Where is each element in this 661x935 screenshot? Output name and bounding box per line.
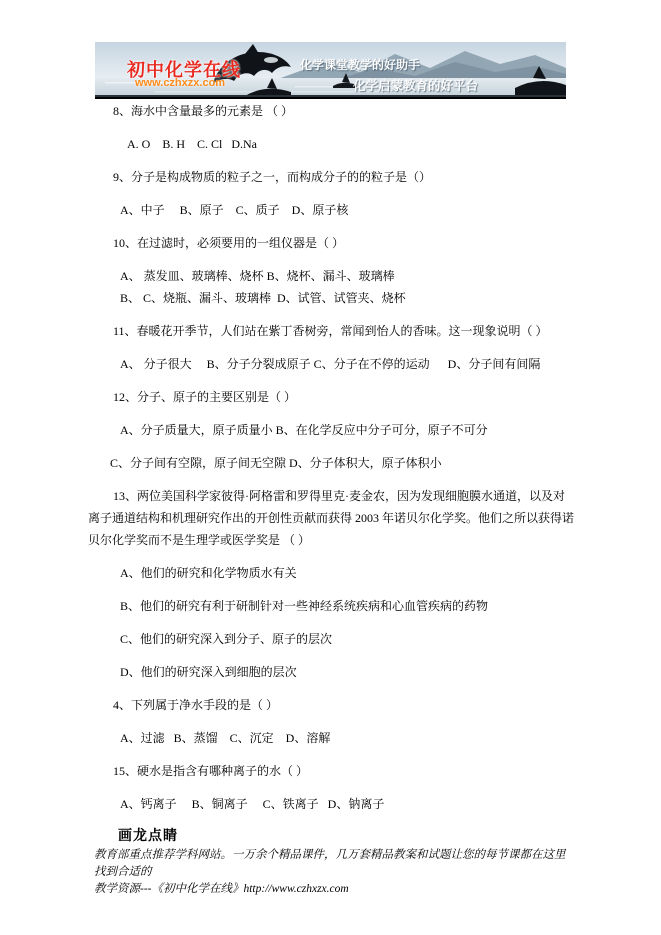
question-stem: 15、硬水是指含有哪种离子的水（ ） xyxy=(88,760,574,782)
question-options-line: A、钙离子 B、铜离子 C、铁离子 D、钠离子 xyxy=(120,793,574,815)
question-options-line: A、中子 B、原子 C、质子 D、原子核 xyxy=(120,199,574,221)
question-stem: 9、分子是构成物质的粒子之一，而构成分子的的粒子是（） xyxy=(88,166,574,188)
question-options-line: B、 C、烧瓶、漏斗、玻璃棒 D、试管、试管夹、烧杯 xyxy=(120,287,574,309)
question-stem: 4、下列属于净水手段的是（ ） xyxy=(88,694,574,716)
question-block-13: 13、两位美国科学家彼得·阿格雷和罗得里克·麦金农，因为发现细胞膜水通道，以及对… xyxy=(88,485,574,683)
footer-heading: 画龙点睛 xyxy=(118,826,574,844)
banner-slogan-2: 化学启蒙教育的好平台 xyxy=(353,76,478,94)
site-url: www.czhxzx.com xyxy=(135,77,225,89)
question-options-line: A、他们的研究和化学物质水有关 xyxy=(120,562,574,584)
footer-promo: 画龙点睛 教育部重点推荐学科网站。一万余个精品课件，几万套精品教案和试题让您的每… xyxy=(88,826,574,898)
question-stem: 11、春暖花开季节，人们站在紫丁香树旁，常闻到怡人的香味。这一现象说明（ ） xyxy=(88,320,574,342)
question-block-8: 8、海水中含量最多的元素是 （ ） A. O B. H C. Cl D.Na xyxy=(88,100,574,155)
question-stem: 13、两位美国科学家彼得·阿格雷和罗得里克·麦金农，因为发现细胞膜水通道，以及对… xyxy=(88,485,574,551)
worksheet-body: 8、海水中含量最多的元素是 （ ） A. O B. H C. Cl D.Na 9… xyxy=(88,100,574,898)
question-options-line: A、过滤 B、蒸馏 C、沉定 D、溶解 xyxy=(120,727,574,749)
question-options-line: A. O B. H C. Cl D.Na xyxy=(127,133,574,155)
question-options-line: A、分子质量大，原子质量小 B、在化学反应中分子可分，原子不可分 xyxy=(120,419,574,441)
question-options-line: D、他们的研究深入到细胞的层次 xyxy=(120,661,574,683)
question-stem: 8、海水中含量最多的元素是 （ ） xyxy=(88,100,574,122)
question-options-line: C、他们的研究深入到分子、原子的层次 xyxy=(120,628,574,650)
question-block-15: 15、硬水是指含有哪种离子的水（ ） A、钙离子 B、铜离子 C、铁离子 D、钠… xyxy=(88,760,574,815)
question-block-11: 11、春暖花开季节，人们站在紫丁香树旁，常闻到怡人的香味。这一现象说明（ ） A… xyxy=(88,320,574,375)
question-options-line: A、 分子很大 B、分子分裂成原子 C、分子在不停的运动 D、分子间有间隔 xyxy=(120,353,574,375)
question-options-line: B、他们的研究有利于研制针对一些神经系统疾病和心血管疾病的药物 xyxy=(120,595,574,617)
question-stem: 12、分子、原子的主要区别是（ ） xyxy=(88,386,574,408)
footer-text-line: 教育部重点推荐学科网站。一万余个精品课件，几万套精品教案和试题让您的每节课都在这… xyxy=(94,847,574,881)
footer-text-line: 教学资源---《初中化学在线》http://www.czhxzx.com xyxy=(94,881,574,898)
banner-slogan-1: 化学课堂教学的好助手 xyxy=(300,56,420,73)
question-stem: 10、在过滤时，必须要用的一组仪器是（ ） xyxy=(88,232,574,254)
question-block-10: 10、在过滤时，必须要用的一组仪器是（ ） A、 蒸发皿、玻璃棒、烧杯 B、烧杯… xyxy=(88,232,574,309)
question-options-line: A、 蒸发皿、玻璃棒、烧杯 B、烧杯、漏斗、玻璃棒 xyxy=(120,265,574,287)
question-block-12: 12、分子、原子的主要区别是（ ） A、分子质量大，原子质量小 B、在化学反应中… xyxy=(88,386,574,474)
site-banner: 初中化学在线 www.czhxzx.com 化学课堂教学的好助手 化学启蒙教育的… xyxy=(95,42,566,99)
question-block-4: 4、下列属于净水手段的是（ ） A、过滤 B、蒸馏 C、沉定 D、溶解 xyxy=(88,694,574,749)
question-options-line: C、分子间有空隙，原子间无空隙 D、分子体积大，原子体积小 xyxy=(110,452,574,474)
question-block-9: 9、分子是构成物质的粒子之一，而构成分子的的粒子是（） A、中子 B、原子 C、… xyxy=(88,166,574,221)
